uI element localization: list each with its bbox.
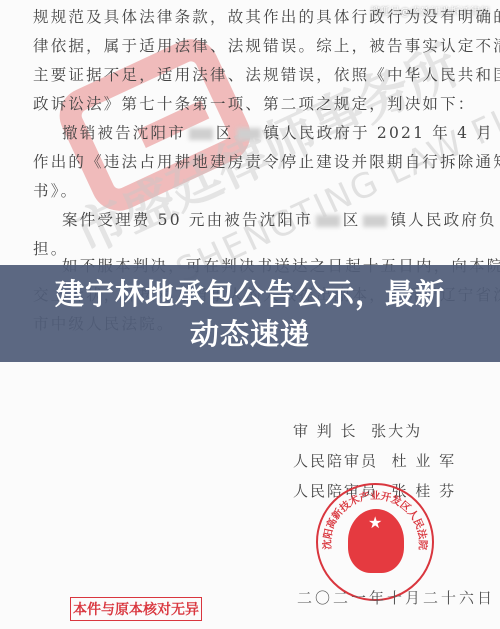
redacted-block <box>316 215 340 227</box>
fee-line: 案件受理费 50 元由被告沈阳市区镇人民政府负 <box>62 208 500 230</box>
redacted-block <box>237 128 261 140</box>
ruling-text-b: 区 <box>216 124 234 142</box>
paragraph-line: 主要证据不足，适用法律、法规错误，依照《中华人民共和国行 <box>33 63 473 85</box>
redacted-block <box>363 215 387 227</box>
verification-stamp: 本件与原本核对无异 <box>70 597 202 621</box>
court-seal: 沈阳高新技术产业开发区人民法院 ★ <box>316 483 434 601</box>
ruling-line: 书》。 <box>33 179 473 201</box>
banner-title-line-1: 建宁林地承包公告公示，最新 <box>55 274 445 314</box>
ruling-text-a: 撤销被告沈阳市 <box>62 124 186 142</box>
ruling-line: 撤销被告沈阳市区镇人民政府于 2021 年 4 月 4 日 <box>62 121 500 143</box>
ruling-text-c: 镇人民政府于 2021 年 4 月 4 日 <box>264 124 500 142</box>
fee-text-a: 案件受理费 50 元由被告沈阳市 <box>62 211 313 229</box>
judgment-date: 二〇二一年十月二十六日 <box>297 587 495 608</box>
title-banner: 建宁林地承包公告公示，最新 动态速递 <box>0 265 500 362</box>
signature-name: 张大为 <box>371 422 422 440</box>
paragraph-line: 规规范及具体法律条款，故其作出的具体行政行为没有明确的法 <box>33 5 473 27</box>
redacted-block <box>189 128 213 140</box>
fee-text-b: 区 <box>343 211 361 229</box>
paragraph-line: 律依据，属于适用法律、法规错误。综上，被告事实认定不清、 <box>33 34 473 56</box>
fee-text-c: 镇人民政府负 <box>390 211 496 229</box>
signature-role: 审 判 长 <box>293 422 358 440</box>
banner-title-line-2: 动态速递 <box>190 314 310 354</box>
signature-juror-1: 人民陪审员 杜 业 军 <box>293 450 456 471</box>
ruling-line: 作出的《违法占用耕地建房责令停止建设并限期自行拆除通知 <box>33 150 473 172</box>
signature-name: 杜 业 军 <box>392 452 457 470</box>
signature-presiding-judge: 审 判 长 张大为 <box>293 420 422 441</box>
paragraph-line: 政诉讼法》第七十条第一项、第二项之规定，判决如下： <box>33 92 473 114</box>
document-page: 市盛廷律师事务所 SHENGTING LAW FIRM 搜狐号@盛廷征地拆迁律师… <box>0 0 500 629</box>
star-icon: ★ <box>368 513 382 532</box>
signature-role: 人民陪审员 <box>293 452 378 470</box>
